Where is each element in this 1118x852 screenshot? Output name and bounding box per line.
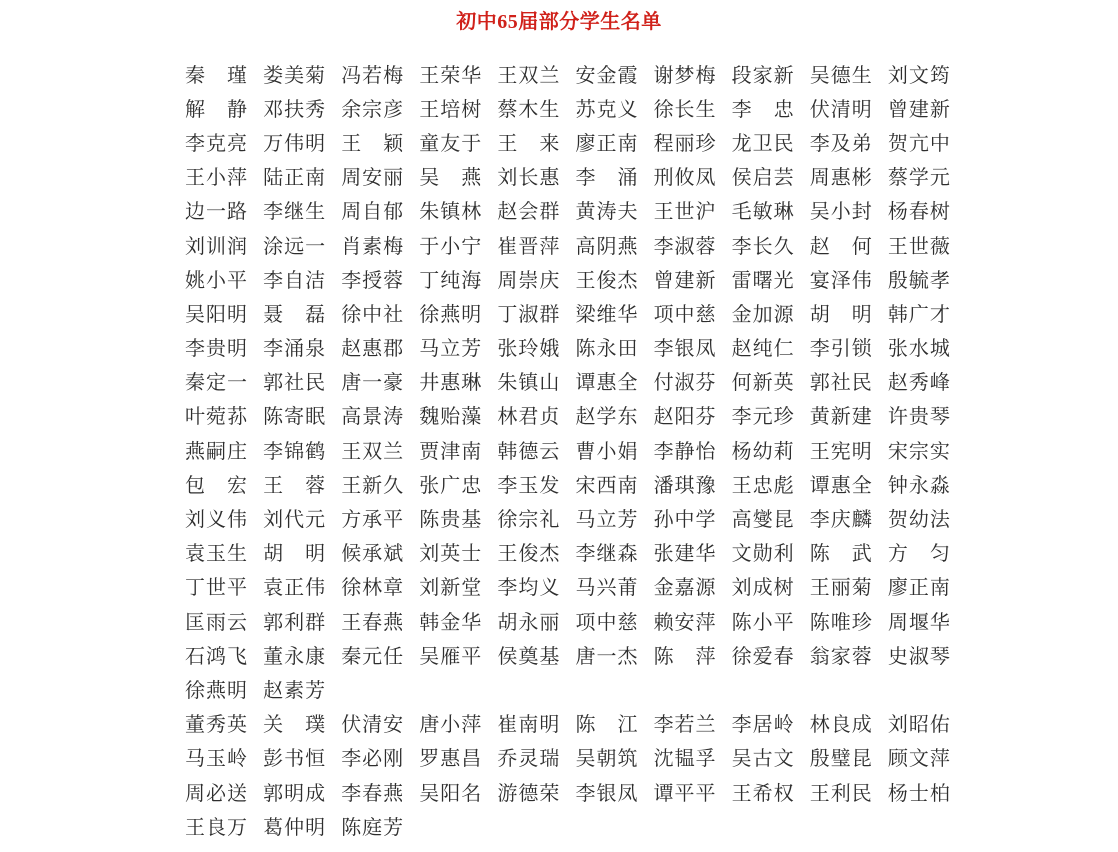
name-cell: 胡永丽 xyxy=(497,613,575,634)
name-cell: 解 静 xyxy=(185,100,263,121)
student-name: 杨幼莉 xyxy=(732,442,794,462)
name-cell: 候承斌 xyxy=(341,544,419,565)
name-cell: 聂 磊 xyxy=(263,305,341,326)
name-row: 解 静邓扶秀余宗彦王培树蔡木生苏克义徐长生李 忠伏清明曾建新 xyxy=(185,93,965,127)
student-name: 徐林章 xyxy=(341,578,403,598)
name-cell: 游德荣 xyxy=(497,784,575,805)
name-cell: 王世沪 xyxy=(654,202,732,223)
student-name: 李静怡 xyxy=(654,442,716,462)
name-cell: 丁世平 xyxy=(185,578,263,599)
name-cell: 马兴莆 xyxy=(575,578,653,599)
name-cell: 丁纯海 xyxy=(419,271,497,292)
name-cell: 李银凤 xyxy=(654,339,732,360)
student-name: 徐燕明 xyxy=(185,681,247,701)
name-cell: 许贵琴 xyxy=(888,407,966,428)
student-name: 崔南明 xyxy=(497,715,559,735)
student-name: 蔡木生 xyxy=(497,100,559,120)
student-name: 曹小娟 xyxy=(575,442,637,462)
name-cell: 余宗彦 xyxy=(341,100,419,121)
student-name: 解 静 xyxy=(185,100,247,120)
student-name: 程丽珍 xyxy=(654,134,716,154)
name-cell: 殷璧昆 xyxy=(810,749,888,770)
name-cell: 王双兰 xyxy=(497,66,575,87)
name-cell: 张水城 xyxy=(888,339,966,360)
student-name: 李涌泉 xyxy=(263,339,325,359)
name-cell: 郭明成 xyxy=(263,784,341,805)
name-cell: 秦 瑾 xyxy=(185,66,263,87)
name-cell: 高阴燕 xyxy=(575,237,653,258)
student-name: 陈小平 xyxy=(732,613,794,633)
name-cell: 金加源 xyxy=(732,305,810,326)
student-name: 李银凤 xyxy=(654,339,716,359)
name-cell: 秦定一 xyxy=(185,373,263,394)
student-name: 游德荣 xyxy=(497,784,559,804)
name-cell: 姚小平 xyxy=(185,271,263,292)
student-name: 韩金华 xyxy=(419,613,481,633)
student-name: 刑攸凤 xyxy=(654,168,716,188)
name-cell: 王双兰 xyxy=(341,442,419,463)
name-cell: 边一路 xyxy=(185,202,263,223)
student-name: 马立芳 xyxy=(419,339,481,359)
name-cell: 赵秀峰 xyxy=(888,373,966,394)
name-cell: 张广忠 xyxy=(419,476,497,497)
name-cell: 吴雁平 xyxy=(419,647,497,668)
student-name: 叶菀荪 xyxy=(185,407,247,427)
student-name: 王双兰 xyxy=(497,66,559,86)
name-cell: 文勋利 xyxy=(732,544,810,565)
name-row: 周必送郭明成李春燕吴阳名游德荣李银凤谭平平王希权王利民杨士柏 xyxy=(185,777,965,811)
name-cell: 唐一豪 xyxy=(341,373,419,394)
name-cell: 唐小萍 xyxy=(419,715,497,736)
name-cell: 陈永田 xyxy=(575,339,653,360)
name-cell: 陈贵基 xyxy=(419,510,497,531)
student-name: 吴 燕 xyxy=(419,168,481,188)
name-cell: 徐爱春 xyxy=(732,647,810,668)
name-cell: 郭社民 xyxy=(263,373,341,394)
student-name: 李及弟 xyxy=(810,134,872,154)
name-cell: 黄新建 xyxy=(810,407,888,428)
name-cell: 曾建新 xyxy=(654,271,732,292)
student-name: 李居岭 xyxy=(732,715,794,735)
student-name: 于小宁 xyxy=(419,237,481,257)
name-cell: 殷毓孝 xyxy=(888,271,966,292)
student-name: 杨春树 xyxy=(888,202,950,222)
name-cell: 刘成树 xyxy=(732,578,810,599)
name-cell: 赵学东 xyxy=(575,407,653,428)
name-cell: 何新英 xyxy=(732,373,810,394)
student-name: 吴朝筑 xyxy=(575,749,637,769)
student-name: 王双兰 xyxy=(341,442,403,462)
name-cell: 李继生 xyxy=(263,202,341,223)
student-name: 高阴燕 xyxy=(575,237,637,257)
name-cell: 邓扶秀 xyxy=(263,100,341,121)
name-cell: 梁维华 xyxy=(575,305,653,326)
student-name: 姚小平 xyxy=(185,271,247,291)
name-cell: 吴阳明 xyxy=(185,305,263,326)
student-name: 周必送 xyxy=(185,784,247,804)
student-name: 段家新 xyxy=(732,66,794,86)
name-cell: 赵会群 xyxy=(497,202,575,223)
name-cell: 赵惠郡 xyxy=(341,339,419,360)
student-name: 李必刚 xyxy=(341,749,403,769)
student-name: 孙中学 xyxy=(654,510,716,530)
name-cell: 马立芳 xyxy=(575,510,653,531)
student-name: 崔晋萍 xyxy=(497,237,559,257)
student-name: 涂远一 xyxy=(263,237,325,257)
name-cell: 林良成 xyxy=(810,715,888,736)
name-cell: 李春燕 xyxy=(341,784,419,805)
name-cell: 李元珍 xyxy=(732,407,810,428)
student-name: 周崇庆 xyxy=(497,271,559,291)
name-cell: 高景涛 xyxy=(341,407,419,428)
name-cell: 乔灵瑞 xyxy=(497,749,575,770)
student-name: 陈寄眠 xyxy=(263,407,325,427)
name-cell: 肖素梅 xyxy=(341,237,419,258)
student-name: 李庆麟 xyxy=(810,510,872,530)
student-name: 肖素梅 xyxy=(341,237,403,257)
student-name: 张广忠 xyxy=(419,476,481,496)
student-name: 包 宏 xyxy=(185,476,247,496)
student-name: 魏贻藻 xyxy=(419,407,481,427)
name-cell: 王良万 xyxy=(185,818,263,839)
student-name: 赵纯仁 xyxy=(732,339,794,359)
student-name: 韩广才 xyxy=(888,305,950,325)
name-cell: 陆正南 xyxy=(263,168,341,189)
name-cell: 李继森 xyxy=(575,544,653,565)
name-cell: 项中慈 xyxy=(575,613,653,634)
name-row: 边一路李继生周自郁朱镇林赵会群黄涛夫王世沪毛敏琳吴小封杨春树 xyxy=(185,196,965,230)
name-cell: 毛敏琳 xyxy=(732,202,810,223)
name-cell: 韩德云 xyxy=(497,442,575,463)
student-name: 殷璧昆 xyxy=(810,749,872,769)
student-name: 王荣华 xyxy=(419,66,481,86)
student-name: 邓扶秀 xyxy=(263,100,325,120)
student-name: 贾津南 xyxy=(419,442,481,462)
name-row: 丁世平袁正伟徐林章刘新堂李均义马兴莆金嘉源刘成树王丽菊廖正南 xyxy=(185,572,965,606)
name-row: 包 宏王 蓉王新久张广忠李玉发宋西南潘琪豫王忠彪谭惠全钟永淼 xyxy=(185,469,965,503)
name-cell: 李静怡 xyxy=(654,442,732,463)
name-cell: 于小宁 xyxy=(419,237,497,258)
student-name: 石鸿飞 xyxy=(185,647,247,667)
name-cell: 马立芳 xyxy=(419,339,497,360)
student-name: 方承平 xyxy=(341,510,403,530)
student-name: 周安丽 xyxy=(341,168,403,188)
name-cell: 赵纯仁 xyxy=(732,339,810,360)
student-name: 韩德云 xyxy=(497,442,559,462)
name-cell: 周必送 xyxy=(185,784,263,805)
student-name: 秦元任 xyxy=(341,647,403,667)
student-name: 胡 明 xyxy=(810,305,872,325)
name-cell: 史淑琴 xyxy=(888,647,966,668)
name-cell: 罗惠昌 xyxy=(419,749,497,770)
name-cell: 袁玉生 xyxy=(185,544,263,565)
name-cell: 刘英士 xyxy=(419,544,497,565)
student-name: 殷毓孝 xyxy=(888,271,950,291)
student-name: 吴阳名 xyxy=(419,784,481,804)
student-name: 乔灵瑞 xyxy=(497,749,559,769)
student-name: 谢梦梅 xyxy=(654,66,716,86)
student-name: 钟永淼 xyxy=(888,476,950,496)
name-cell: 王 颖 xyxy=(341,134,419,155)
student-name: 唐一杰 xyxy=(575,647,637,667)
name-cell: 徐燕明 xyxy=(419,305,497,326)
student-name: 董秀英 xyxy=(185,715,247,735)
name-cell: 李淑蓉 xyxy=(654,237,732,258)
name-cell: 曹小娟 xyxy=(575,442,653,463)
student-name: 黄涛夫 xyxy=(575,202,637,222)
student-name: 冯若梅 xyxy=(341,66,403,86)
student-name: 彭书恒 xyxy=(263,749,325,769)
student-name: 王 来 xyxy=(497,134,559,154)
student-name: 谭惠全 xyxy=(810,476,872,496)
name-cell: 王利民 xyxy=(810,784,888,805)
name-cell: 袁正伟 xyxy=(263,578,341,599)
student-name: 张建华 xyxy=(654,544,716,564)
name-cell: 谭平平 xyxy=(654,784,732,805)
student-name: 李淑蓉 xyxy=(654,237,716,257)
student-name: 许贵琴 xyxy=(888,407,950,427)
student-name: 李贵明 xyxy=(185,339,247,359)
name-cell: 王培树 xyxy=(419,100,497,121)
name-row: 李克亮万伟明王 颖童友于王 来廖正南程丽珍龙卫民李及弟贺亢中 xyxy=(185,127,965,161)
student-name: 王宪明 xyxy=(810,442,872,462)
name-cell: 刘昭佑 xyxy=(888,715,966,736)
name-cell: 高燮昆 xyxy=(732,510,810,531)
student-name: 项中慈 xyxy=(575,613,637,633)
student-name: 郭利群 xyxy=(263,613,325,633)
name-cell: 关 璞 xyxy=(263,715,341,736)
student-name: 侯启芸 xyxy=(732,168,794,188)
name-cell: 周堰华 xyxy=(888,613,966,634)
student-name: 陈贵基 xyxy=(419,510,481,530)
name-cell: 李均义 xyxy=(497,578,575,599)
name-cell: 苏克义 xyxy=(575,100,653,121)
student-name: 贺幼法 xyxy=(888,510,950,530)
student-name: 李玉发 xyxy=(497,476,559,496)
student-name: 吴小封 xyxy=(810,202,872,222)
student-name: 王新久 xyxy=(341,476,403,496)
student-name: 周自郁 xyxy=(341,202,403,222)
student-name: 方 匀 xyxy=(888,544,950,564)
student-name: 王利民 xyxy=(810,784,872,804)
name-row: 秦定一郭社民唐一豪井惠琳朱镇山谭惠全付淑芬何新英郭社民赵秀峰 xyxy=(185,367,965,401)
student-name: 周堰华 xyxy=(888,613,950,633)
name-cell: 唐一杰 xyxy=(575,647,653,668)
name-cell: 项中慈 xyxy=(654,305,732,326)
name-cell: 杨幼莉 xyxy=(732,442,810,463)
student-name: 王丽菊 xyxy=(810,578,872,598)
student-name: 刘长惠 xyxy=(497,168,559,188)
student-name: 李授蓉 xyxy=(341,271,403,291)
name-cell: 宋宗实 xyxy=(888,442,966,463)
name-cell: 谢梦梅 xyxy=(654,66,732,87)
student-name: 聂 磊 xyxy=(263,305,325,325)
student-name: 曾建新 xyxy=(654,271,716,291)
student-name: 伏清明 xyxy=(810,100,872,120)
student-name: 郭社民 xyxy=(263,373,325,393)
name-cell: 安金霞 xyxy=(575,66,653,87)
student-name: 马兴莆 xyxy=(575,578,637,598)
name-cell: 胡 明 xyxy=(263,544,341,565)
name-cell: 李银凤 xyxy=(575,784,653,805)
student-name: 史淑琴 xyxy=(888,647,950,667)
student-name: 吴德生 xyxy=(810,66,872,86)
student-name: 赵素芳 xyxy=(263,681,325,701)
student-name: 袁玉生 xyxy=(185,544,247,564)
name-cell: 潘琪豫 xyxy=(654,476,732,497)
name-cell: 金嘉源 xyxy=(654,578,732,599)
name-cell: 宋西南 xyxy=(575,476,653,497)
name-cell: 李自洁 xyxy=(263,271,341,292)
name-row: 石鸿飞董永康秦元任吴雁平侯奠基唐一杰陈 萍徐爱春翁家蓉史淑琴 xyxy=(185,640,965,674)
name-cell: 万伟明 xyxy=(263,134,341,155)
name-cell: 伏清明 xyxy=(810,100,888,121)
name-cell: 张玲娥 xyxy=(497,339,575,360)
name-cell: 叶菀荪 xyxy=(185,407,263,428)
student-name: 王 颖 xyxy=(341,134,403,154)
name-cell: 翁家蓉 xyxy=(810,647,888,668)
name-cell: 吴朝筑 xyxy=(575,749,653,770)
student-name: 赵秀峰 xyxy=(888,373,950,393)
name-cell: 吴 燕 xyxy=(419,168,497,189)
name-cell: 吴小封 xyxy=(810,202,888,223)
name-cell: 涂远一 xyxy=(263,237,341,258)
name-cell: 张建华 xyxy=(654,544,732,565)
name-cell: 钟永淼 xyxy=(888,476,966,497)
student-name: 刘文筠 xyxy=(888,66,950,86)
student-name: 刘成树 xyxy=(732,578,794,598)
student-name: 雷曙光 xyxy=(732,271,794,291)
student-name: 高景涛 xyxy=(341,407,403,427)
student-name: 陈永田 xyxy=(575,339,637,359)
student-name: 罗惠昌 xyxy=(419,749,481,769)
student-name: 金嘉源 xyxy=(654,578,716,598)
name-cell: 童友于 xyxy=(419,134,497,155)
student-name: 陈 江 xyxy=(575,715,637,735)
student-name: 赵惠郡 xyxy=(341,339,403,359)
name-cell: 秦元任 xyxy=(341,647,419,668)
name-cell: 李 忠 xyxy=(732,100,810,121)
student-name: 贺亢中 xyxy=(888,134,950,154)
student-name: 王希权 xyxy=(732,784,794,804)
name-cell: 赵阳芬 xyxy=(654,407,732,428)
student-name: 刘英士 xyxy=(419,544,481,564)
name-cell: 王忠彪 xyxy=(732,476,810,497)
student-name: 王俊杰 xyxy=(497,544,559,564)
name-cell: 杨春树 xyxy=(888,202,966,223)
student-name: 袁正伟 xyxy=(263,578,325,598)
student-name: 秦 瑾 xyxy=(185,66,247,86)
student-name: 徐中社 xyxy=(341,305,403,325)
name-row: 马玉岭彭书恒李必刚罗惠昌乔灵瑞吴朝筑沈韫孚吴古文殷璧昆顾文萍 xyxy=(185,743,965,777)
name-cell: 孙中学 xyxy=(654,510,732,531)
name-cell: 葛仲明 xyxy=(263,818,341,839)
name-cell: 杨士柏 xyxy=(888,784,966,805)
name-cell: 刘新堂 xyxy=(419,578,497,599)
name-row: 刘义伟刘代元方承平陈贵基徐宗礼马立芳孙中学高燮昆李庆麟贺幼法 xyxy=(185,503,965,537)
name-cell: 谭惠全 xyxy=(575,373,653,394)
student-name: 李长久 xyxy=(732,237,794,257)
name-cell: 王丽菊 xyxy=(810,578,888,599)
student-name: 李引锁 xyxy=(810,339,872,359)
student-name: 蔡学元 xyxy=(888,168,950,188)
student-name: 李继森 xyxy=(575,544,637,564)
name-cell: 马玉岭 xyxy=(185,749,263,770)
student-name: 关 璞 xyxy=(263,715,325,735)
name-cell: 贺亢中 xyxy=(888,134,966,155)
student-name: 赵学东 xyxy=(575,407,637,427)
name-cell: 王 来 xyxy=(497,134,575,155)
student-name: 曾建新 xyxy=(888,100,950,120)
name-cell: 赖安萍 xyxy=(654,613,732,634)
student-name: 苏克义 xyxy=(575,100,637,120)
name-cell: 崔南明 xyxy=(497,715,575,736)
student-name: 李 忠 xyxy=(732,100,794,120)
name-cell: 林君贞 xyxy=(497,407,575,428)
student-name: 王世薇 xyxy=(888,237,950,257)
name-cell: 董永康 xyxy=(263,647,341,668)
student-name: 吴阳明 xyxy=(185,305,247,325)
student-name: 丁世平 xyxy=(185,578,247,598)
student-name: 高燮昆 xyxy=(732,510,794,530)
student-name: 王世沪 xyxy=(654,202,716,222)
name-cell: 吴德生 xyxy=(810,66,888,87)
student-name: 刘新堂 xyxy=(419,578,481,598)
name-cell: 黄涛夫 xyxy=(575,202,653,223)
student-name: 唐小萍 xyxy=(419,715,481,735)
student-name: 董永康 xyxy=(263,647,325,667)
student-name: 吴古文 xyxy=(732,749,794,769)
student-name: 胡永丽 xyxy=(497,613,559,633)
name-cell: 廖正南 xyxy=(575,134,653,155)
name-cell: 李居岭 xyxy=(732,715,810,736)
name-row: 徐燕明赵素芳 xyxy=(185,674,965,708)
student-name: 谭惠全 xyxy=(575,373,637,393)
student-name: 潘琪豫 xyxy=(654,476,716,496)
student-name: 丁淑群 xyxy=(497,305,559,325)
student-name: 李若兰 xyxy=(654,715,716,735)
student-name: 燕嗣庄 xyxy=(185,442,247,462)
name-cell: 程丽珍 xyxy=(654,134,732,155)
name-cell: 陈唯珍 xyxy=(810,613,888,634)
student-name: 翁家蓉 xyxy=(810,647,872,667)
student-name: 廖正南 xyxy=(575,134,637,154)
name-cell: 王世薇 xyxy=(888,237,966,258)
name-cell: 付淑芬 xyxy=(654,373,732,394)
student-name: 刘代元 xyxy=(263,510,325,530)
student-name: 王小萍 xyxy=(185,168,247,188)
name-cell: 段家新 xyxy=(732,66,810,87)
name-row: 李贵明李涌泉赵惠郡马立芳张玲娥陈永田李银凤赵纯仁李引锁张水城 xyxy=(185,333,965,367)
student-name: 马玉岭 xyxy=(185,749,247,769)
name-cell: 刘代元 xyxy=(263,510,341,531)
name-cell: 王俊杰 xyxy=(497,544,575,565)
name-cell: 郭社民 xyxy=(810,373,888,394)
name-cell: 陈 萍 xyxy=(654,647,732,668)
name-row: 吴阳明聂 磊徐中社徐燕明丁淑群梁维华项中慈金加源胡 明韩广才 xyxy=(185,298,965,332)
student-name: 匡雨云 xyxy=(185,613,247,633)
name-cell: 谭惠全 xyxy=(810,476,888,497)
name-cell: 伏清安 xyxy=(341,715,419,736)
name-cell: 李及弟 xyxy=(810,134,888,155)
student-name: 王良万 xyxy=(185,818,247,838)
name-cell: 李必刚 xyxy=(341,749,419,770)
name-cell: 周惠彬 xyxy=(810,168,888,189)
name-cell: 曾建新 xyxy=(888,100,966,121)
name-cell: 彭书恒 xyxy=(263,749,341,770)
name-cell: 李贵明 xyxy=(185,339,263,360)
name-cell: 井惠琳 xyxy=(419,373,497,394)
